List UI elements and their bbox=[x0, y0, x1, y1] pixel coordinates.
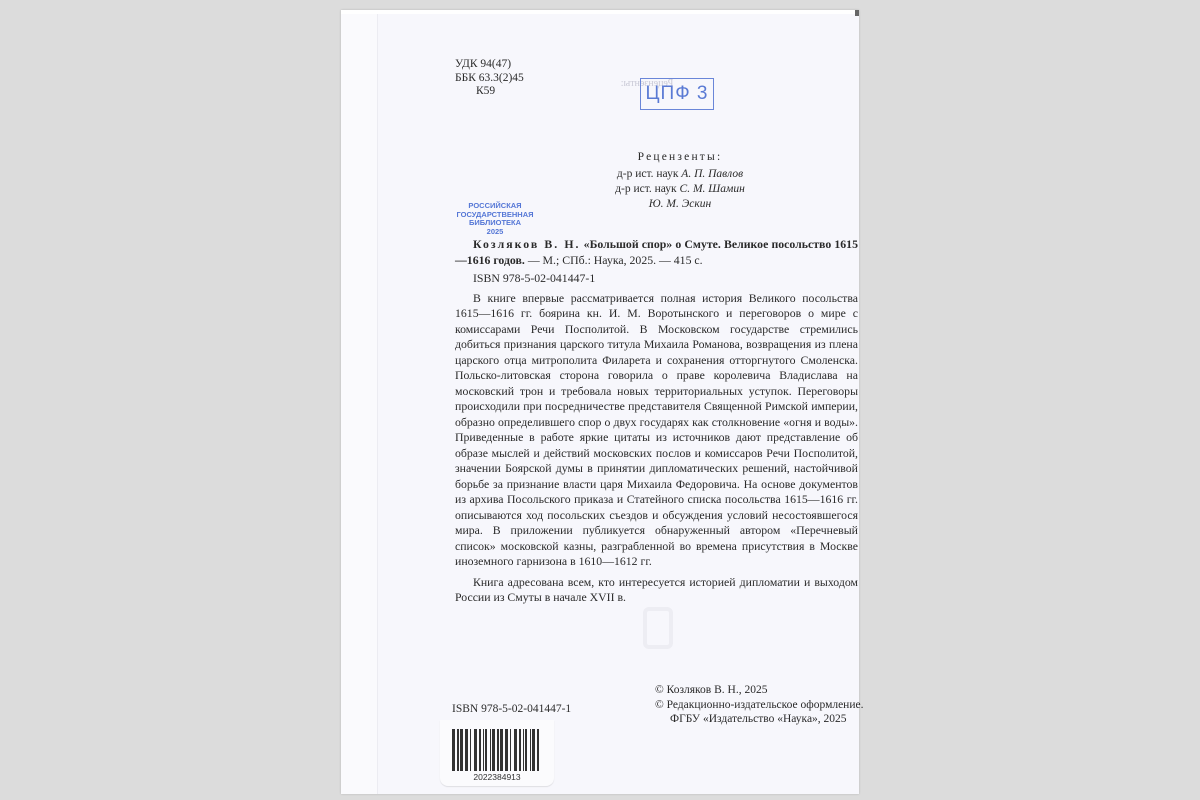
corner-clip bbox=[855, 10, 859, 16]
classification-codes: УДК 94(47) ББК 63.3(2)45 К59 bbox=[455, 58, 524, 99]
page-top-edge bbox=[341, 10, 859, 14]
library-stamp: РОССИЙСКАЯ ГОСУДАРСТВЕННАЯ БИБЛИОТЕКА 20… bbox=[447, 202, 543, 236]
author-mark: К59 bbox=[455, 85, 524, 99]
barcode-sticker: 2022384913 bbox=[440, 720, 554, 786]
copyright-author: © Козляков В. Н., 2025 bbox=[655, 683, 863, 698]
copyright-publisher: ФГБУ «Издательство «Наука», 2025 bbox=[655, 712, 863, 727]
bleed-through-mark bbox=[643, 607, 673, 649]
bibliographic-entry: Козляков В. Н. «Большой спор» о Смуте. В… bbox=[455, 237, 858, 268]
reviewers-block: Рецензенты: д-р ист. наук А. П. Павлов д… bbox=[560, 150, 800, 212]
abstract: В книге впервые рассматривается полная и… bbox=[455, 291, 858, 570]
main-text: Козляков В. Н. «Большой спор» о Смуте. В… bbox=[455, 237, 858, 606]
bottom-isbn: ISBN 978-5-02-041447-1 bbox=[452, 703, 571, 715]
reviewers-title: Рецензенты: bbox=[560, 150, 800, 165]
book-author: Козляков В. Н. bbox=[473, 237, 581, 251]
reviewer-item: д-р ист. наук С. М. Шамин bbox=[560, 182, 800, 197]
isbn: ISBN 978-5-02-041447-1 bbox=[455, 271, 858, 287]
barcode-number: 2022384913 bbox=[440, 772, 554, 782]
udk-code: УДК 94(47) bbox=[455, 58, 524, 72]
page-fold bbox=[341, 10, 378, 794]
barcode-icon bbox=[452, 729, 542, 771]
book-imprint: — М.; СПб.: Наука, 2025. — 415 с. bbox=[528, 253, 703, 267]
bbk-code: ББК 63.3(2)45 bbox=[455, 72, 524, 86]
cpf-stamp: ЦПФ 3 bbox=[640, 78, 714, 110]
reviewer-item: Ю. М. Эскин bbox=[560, 197, 800, 212]
copyright-block: © Козляков В. Н., 2025 © Редакционно-изд… bbox=[655, 683, 863, 727]
reviewer-item: д-р ист. наук А. П. Павлов bbox=[560, 167, 800, 182]
copyright-design: © Редакционно-издательское оформление. bbox=[655, 698, 863, 713]
audience-note: Книга адресована всем, кто интересуется … bbox=[455, 575, 858, 606]
